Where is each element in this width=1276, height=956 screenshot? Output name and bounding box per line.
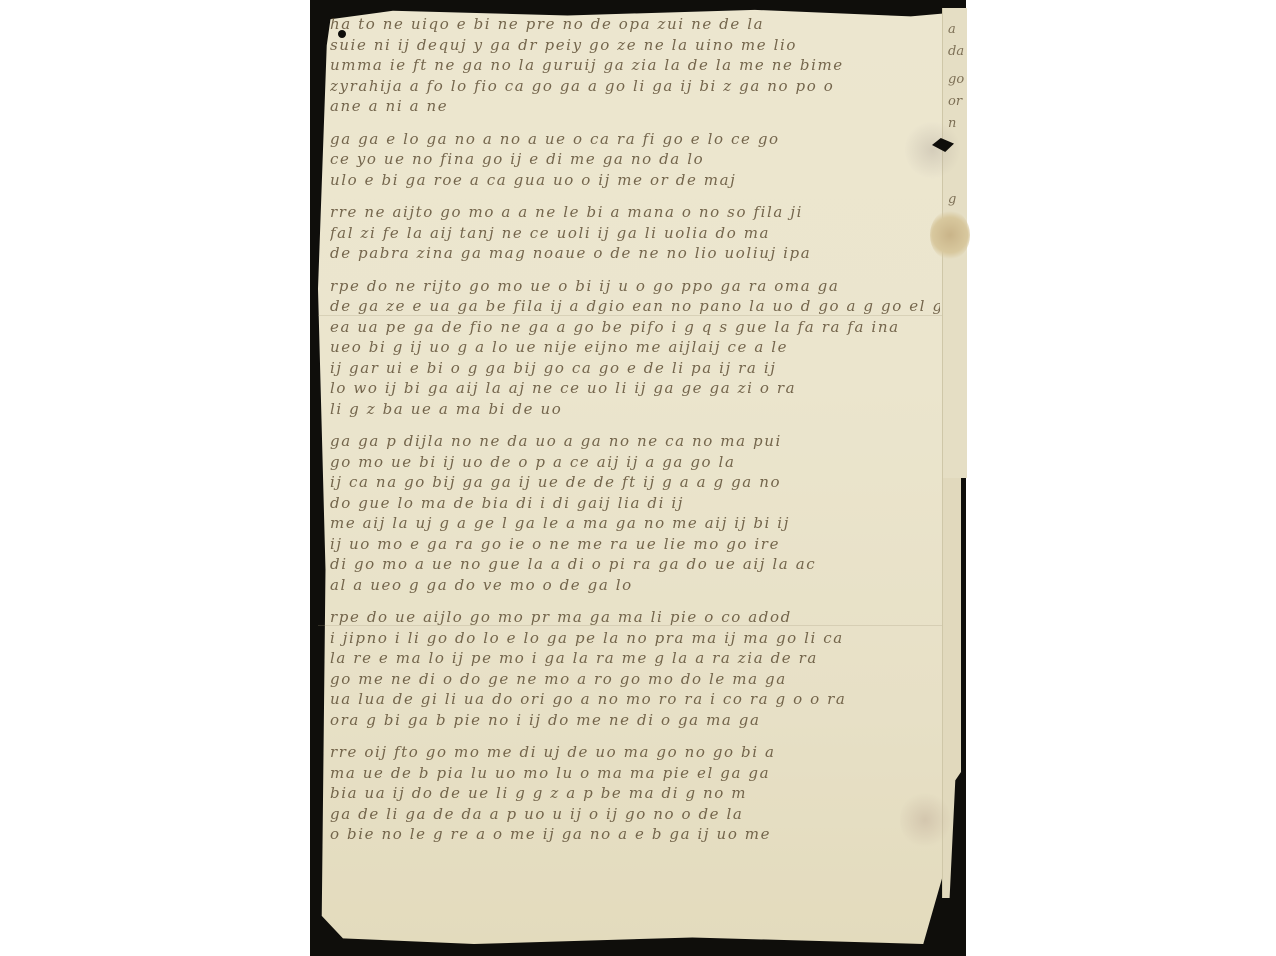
text-line: rre oij fto go mo me di uj de uo ma go n… — [330, 742, 940, 763]
text-line: lo wo ij bi ga aij la aj ne ce uo li ij … — [330, 378, 940, 399]
paragraph-7: rpe do ue aijlo go mo pr ma ga ma li pie… — [330, 607, 940, 730]
text-line: ha to ne uiqo e bi ne pre no de opa zui … — [330, 14, 940, 35]
paragraph-4: rpe do ne rijto go mo ue o bi ij u o go … — [330, 276, 940, 420]
text-line: ij gar ui e bi o g ga bij go ca go e de … — [330, 358, 940, 379]
text-line: ij uo mo e ga ra go ie o ne me ra ue lie… — [330, 534, 940, 555]
paragraph-3: rre ne aijto go mo a a ne le bi a mana o… — [330, 202, 940, 264]
text-line: de pabra zina ga mag noaue o de ne no li… — [330, 243, 940, 264]
text-line: o bie no le g re a o me ij ga no a e b g… — [330, 824, 940, 845]
text-line: de ga ze e ua ga be fila ij a dgio ean n… — [330, 296, 940, 317]
text-line: zyrahija a fo lo fio ca go ga a go li ga… — [330, 76, 940, 97]
text-line: go mo ue bi ij uo de o p a ce aij ij a g… — [330, 452, 940, 473]
text-line: go me ne di o do ge ne mo a ro go mo do … — [330, 669, 940, 690]
paragraph-5: ga ga p dijla no ne da uo a ga no ne ca … — [330, 431, 940, 513]
text-line: ga de li ga de da a p uo u ij o ij go no… — [330, 804, 940, 825]
text-line: di go mo a ue no gue la a di o pi ra ga … — [330, 554, 940, 575]
text-line: suie ni ij dequj y ga dr peiy go ze ne l… — [330, 35, 940, 56]
text-line: ua lua de gi li ua do ori go a no mo ro … — [330, 689, 940, 710]
text-line: ueo bi g ij uo g a lo ue nije eijno me a… — [330, 337, 940, 358]
text-line: ga ga e lo ga no a no a ue o ca ra fi go… — [330, 129, 940, 150]
text-line: fal zi fe la aij tanj ne ce uoli ij ga l… — [330, 223, 940, 244]
text-line: ij ca na go bij ga ga ij ue de de ft ij … — [330, 472, 940, 493]
text-line: rre ne aijto go mo a a ne le bi a mana o… — [330, 202, 940, 223]
margin-fragment: g — [948, 192, 956, 207]
paragraph-2: ga ga e lo ga no a no a ue o ca ra fi go… — [330, 129, 940, 191]
text-line: la re e ma lo ij pe mo i ga la ra me g l… — [330, 648, 940, 669]
manuscript-text: ha to ne uiqo e bi ne pre no de opa zui … — [330, 14, 940, 845]
text-line: ane a ni a ne — [330, 96, 940, 117]
text-line: i jipno i li go do lo e lo ga pe la no p… — [330, 628, 940, 649]
text-line: ga ga p dijla no ne da uo a ga no ne ca … — [330, 431, 940, 452]
margin-fragment: or — [948, 94, 962, 109]
margin-fragment: n — [948, 116, 956, 131]
text-line: li g z ba ue a ma bi de uo — [330, 399, 940, 420]
text-line: ma ue de b pia lu uo mo lu o ma ma pie e… — [330, 763, 940, 784]
text-line: me aij la uj g a ge l ga le a ma ga no m… — [330, 513, 940, 534]
text-line: bia ua ij do de ue li g g z a p be ma di… — [330, 783, 940, 804]
margin-fragment: da — [948, 44, 964, 59]
margin-fragment: a — [948, 22, 956, 37]
text-line: al a ueo g ga do ve mo o de ga lo — [330, 575, 940, 596]
text-line: ea ua pe ga de fio ne ga a go be pifo i … — [330, 317, 940, 338]
text-line: ce yo ue no fina go ij e di me ga no da … — [330, 149, 940, 170]
text-line: ulo e bi ga roe a ca gua uo o ij me or d… — [330, 170, 940, 191]
text-line: umma ie ft ne ga no la guruij ga zia la … — [330, 55, 940, 76]
paragraph-8: rre oij fto go mo me di uj de uo ma go n… — [330, 742, 940, 845]
paragraph-6: me aij la uj g a ge l ga le a ma ga no m… — [330, 513, 940, 595]
margin-fragment: go — [948, 72, 964, 87]
text-line: rpe do ne rijto go mo ue o bi ij u o go … — [330, 276, 940, 297]
paragraph-1: ha to ne uiqo e bi ne pre no de opa zui … — [330, 14, 940, 117]
text-line: ora g bi ga b pie no i ij do me ne di o … — [330, 710, 940, 731]
text-line: do gue lo ma de bia di i di gaij lia di … — [330, 493, 940, 514]
text-line: rpe do ue aijlo go mo pr ma ga ma li pie… — [330, 607, 940, 628]
